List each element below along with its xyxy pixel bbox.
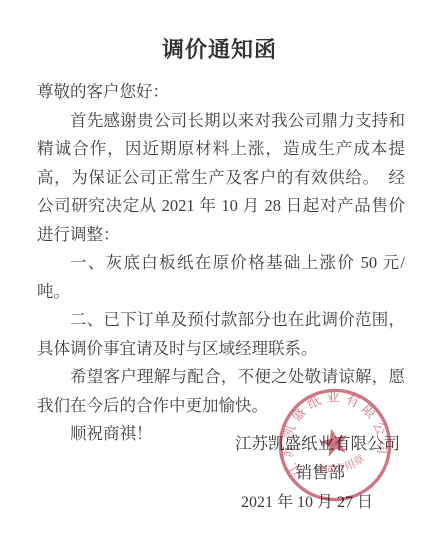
- signature-date: 2021 年 10 月 27 日: [0, 490, 439, 516]
- signature-company: 江苏凯盛纸业有限公司: [0, 431, 439, 457]
- paragraph-item-2: 二、已下订单及预付款部分也在此调价范围，具体调价事宜请及时与区域经理联系。: [37, 306, 405, 363]
- salutation: 尊敬的客户您好：: [37, 78, 405, 107]
- notice-document: 调价通知函 尊敬的客户您好： 首先感谢贵公司长期以来对我公司鼎力支持和精诚合作，…: [0, 0, 439, 533]
- signature-block: 江苏凯盛纸业有限公司 销售部 2021 年 10 月 27 日: [0, 431, 439, 516]
- paragraph-intro: 首先感谢贵公司长期以来对我公司鼎力支持和精诚合作，因近期原材料上涨，造成生产成本…: [37, 107, 405, 250]
- paragraph-closing: 希望客户理解与配合，不便之处敬请谅解，愿我们在今后的合作中更加愉快。: [37, 363, 405, 420]
- document-title: 调价通知函: [0, 36, 439, 64]
- document-body: 尊敬的客户您好： 首先感谢贵公司长期以来对我公司鼎力支持和精诚合作，因近期原材料…: [0, 78, 439, 449]
- signature-department: 销售部: [0, 460, 439, 486]
- paragraph-item-1: 一、灰底白板纸在原价格基础上涨价 50 元/吨。: [37, 249, 405, 306]
